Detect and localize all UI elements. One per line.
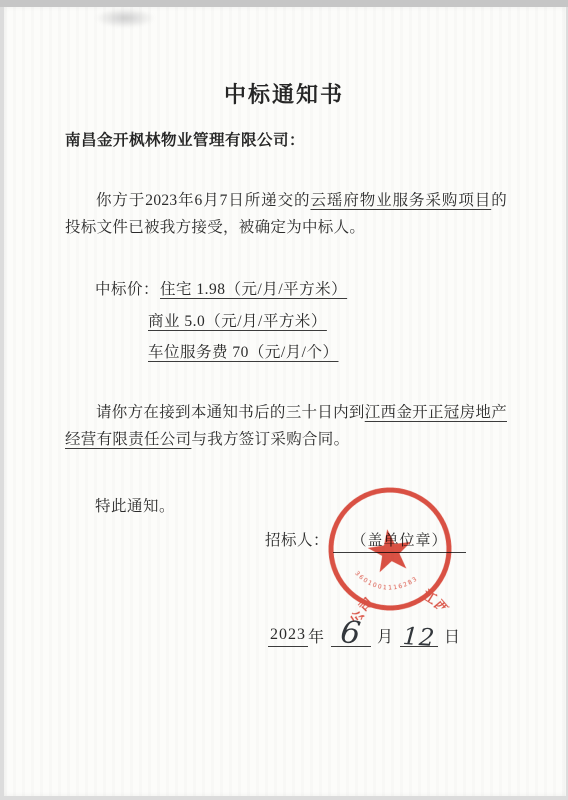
price-residential: 住宅 1.98（元/月/平方米） <box>160 281 347 298</box>
price-row-parking: 车位服务费 70（元/月/个） <box>95 340 347 372</box>
company-seal-stamp: 江西金开正冠房地产经营有限责任公司 3601001116283 <box>315 474 464 623</box>
date-line: 2023年6月12日 <box>268 620 461 650</box>
price-parking: 车位服务费 70（元/月/个） <box>148 344 339 361</box>
seal-code-text: 3601001116283 <box>353 562 421 597</box>
para1-prefix: 你方于2023年6月7日所递交的 <box>96 192 310 209</box>
paragraph-acceptance: 你方于2023年6月7日所递交的云瑶府物业服务采购项目的投标文件已被我方接受，被… <box>65 187 507 241</box>
addressee-line: 南昌金开枫林物业管理有限公司： <box>65 128 305 150</box>
project-name-underlined: 云瑶府物业服务采购项目 <box>310 192 491 209</box>
date-month-suffix: 月 <box>377 629 394 646</box>
scanned-document: 中标通知书 南昌金开枫林物业管理有限公司： 你方于2023年6月7日所递交的云瑶… <box>0 0 568 800</box>
date-month-blank: 6 <box>331 620 371 647</box>
bidder-label: 招标人： <box>265 532 329 549</box>
scan-edge-strip <box>0 0 568 7</box>
date-year-suffix: 年 <box>308 629 325 646</box>
date-day-blank: 12 <box>400 620 438 647</box>
date-year: 2023 <box>268 626 308 647</box>
paragraph-contract: 请你方在接到本通知书后的三十日内到江西金开正冠房地产经营有限责任公司与我方签订采… <box>65 399 507 453</box>
document-title: 中标通知书 <box>0 78 568 109</box>
price-commercial: 商业 5.0（元/月/平方米） <box>148 313 327 330</box>
price-label: 中标价： <box>95 281 159 298</box>
handwritten-day: 12 <box>402 624 436 650</box>
price-row-commercial: 商业 5.0（元/月/平方米） <box>95 309 347 341</box>
para2-suffix: 与我方签订采购合同。 <box>191 431 349 448</box>
handwritten-month: 6 <box>339 617 363 650</box>
notice-line: 特此通知。 <box>95 494 175 516</box>
scan-smudge <box>95 8 155 28</box>
seal-star-icon <box>366 526 415 573</box>
date-day-suffix: 日 <box>444 629 461 646</box>
price-row-residential: 中标价：住宅 1.98（元/月/平方米） <box>95 277 347 309</box>
bid-price-block: 中标价：住宅 1.98（元/月/平方米） 商业 5.0（元/月/平方米） 车位服… <box>95 277 347 372</box>
para2-prefix: 请你方在接到本通知书后的三十日内到 <box>96 404 365 421</box>
